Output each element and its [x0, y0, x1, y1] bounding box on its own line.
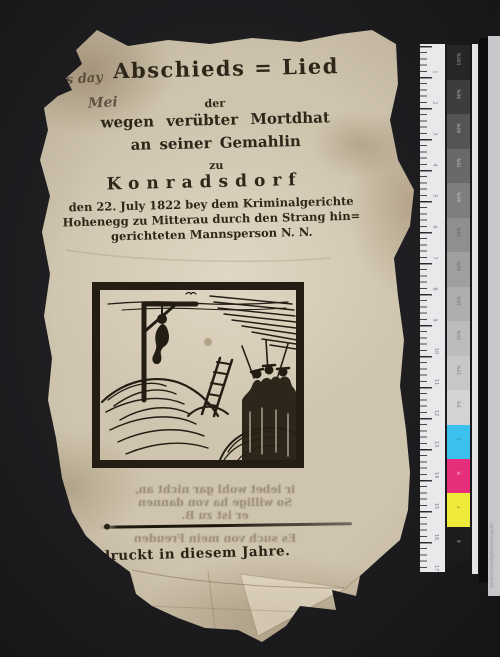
scan-viewport: Es day Mei Abschieds = Lied der wegen ve… — [0, 0, 500, 657]
ruler-number: 9 — [432, 318, 438, 321]
ruler-number: 10 — [433, 348, 439, 354]
backdrop-edge-strip — [479, 38, 488, 582]
patch-label: 70% — [456, 158, 461, 168]
patch-label: 80% — [456, 124, 461, 134]
gray-patch: 10% — [447, 356, 470, 391]
gray-patch: 90% — [447, 80, 470, 115]
gray-patch: 50% — [447, 218, 470, 253]
ruler-number: 15 — [433, 503, 439, 509]
ruler-number: 6 — [432, 225, 438, 228]
outer-margin: www.archivdigitalisierung.de — [488, 36, 500, 596]
gray-patch: 70% — [447, 149, 470, 184]
patch-column: 100%90%80%70%60%50%40%30%20%10%5%CMYK — [447, 45, 470, 561]
color-patch: C — [447, 425, 470, 459]
patch-label: C — [456, 437, 461, 440]
gray-patch: 80% — [447, 114, 470, 149]
gray-patch: 40% — [447, 252, 470, 287]
patch-label: 100% — [456, 53, 461, 66]
color-patch: Y — [447, 493, 470, 527]
patch-label: 40% — [456, 262, 461, 272]
ruler-number: 11 — [433, 379, 439, 385]
ruler-number: 8 — [432, 287, 438, 290]
patch-label: 60% — [456, 193, 461, 203]
ruler-number: 14 — [433, 472, 439, 478]
patch-label: 30% — [456, 296, 461, 306]
gray-patch: 5% — [447, 390, 470, 425]
title-block: Abschieds = Lied der wegen verübter Mort… — [40, 0, 385, 4]
patch-label: Y — [456, 505, 461, 508]
gray-patch: 100% — [447, 45, 470, 80]
gray-patch: 30% — [447, 287, 470, 322]
ruler-number: 7 — [432, 256, 438, 259]
gray-patch: 20% — [447, 321, 470, 356]
patch-label: 90% — [456, 89, 461, 99]
color-patch: M — [447, 459, 470, 493]
gray-patch: 60% — [447, 183, 470, 218]
ruler-number: 17 — [433, 565, 439, 571]
patch-label: 50% — [456, 227, 461, 237]
target-url-vertical-text: www.archivdigitalisierung.de — [490, 388, 495, 588]
ruler-number: 1 — [432, 70, 438, 73]
ruler-number: 16 — [433, 534, 439, 540]
ruler-number: 12 — [433, 410, 439, 416]
calibration-ruler: 1234567891011121314151617 — [420, 44, 445, 572]
patch-label: M — [456, 471, 461, 475]
ruler-number: 4 — [432, 163, 438, 166]
target-edge-strip — [472, 44, 478, 574]
ruler-number: 3 — [432, 132, 438, 135]
patch-label: 20% — [456, 331, 461, 341]
patch-label: 10% — [456, 365, 461, 375]
patch-label: K — [456, 539, 461, 542]
color-patch: K — [447, 527, 470, 561]
ruler-number: 2 — [432, 101, 438, 104]
ruler-number: 5 — [432, 194, 438, 197]
ruler-number: 13 — [433, 441, 439, 447]
patch-label: 5% — [456, 401, 461, 408]
